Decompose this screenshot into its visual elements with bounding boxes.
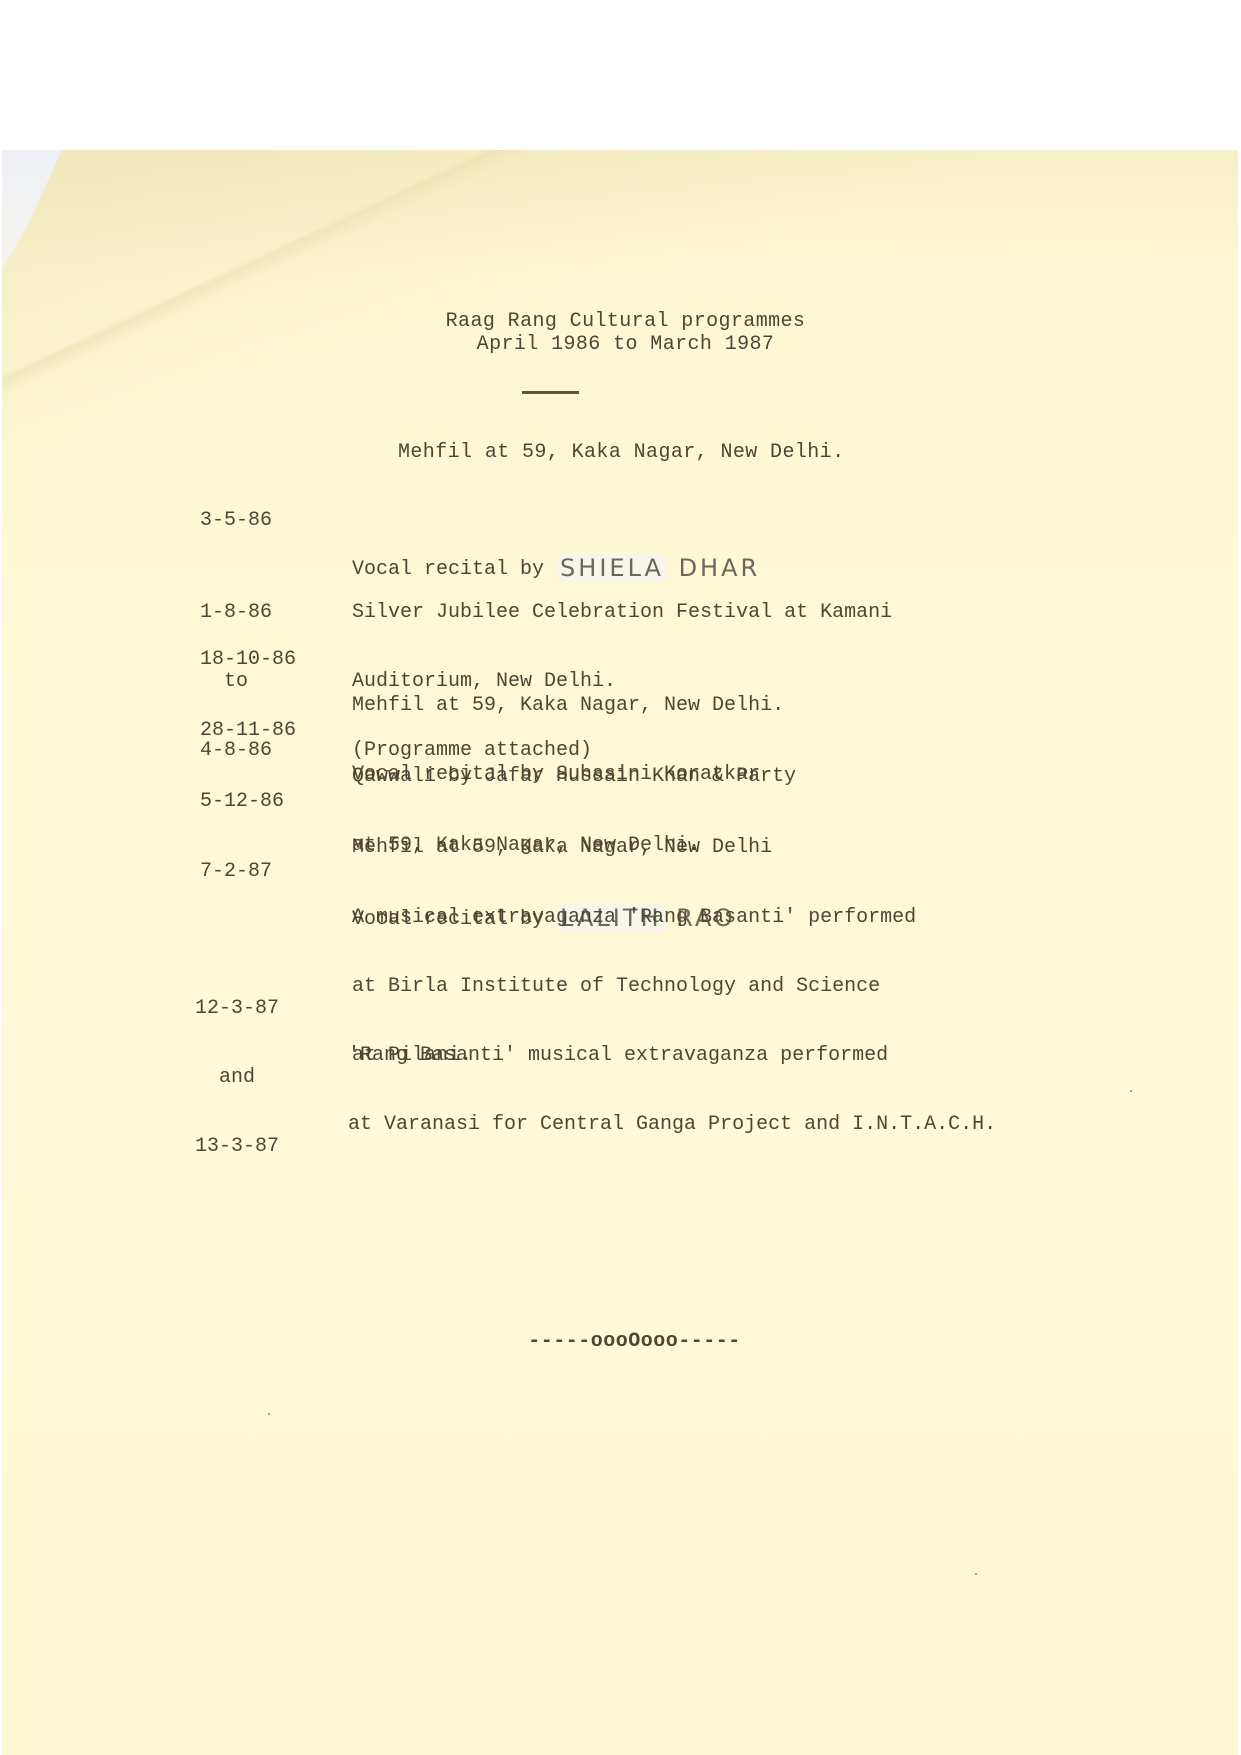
entry-date: 12-3-87 and 13-3-87	[195, 951, 279, 1204]
entry-date-line: and	[195, 1066, 279, 1089]
entry-desc-line: A musical extravaganza 'Rang Basanti' pe…	[352, 906, 916, 929]
entry-date-line: 13-3-87	[195, 1135, 279, 1158]
entry-date-line: 12-3-87	[195, 997, 279, 1020]
entry-desc-line: Silver Jubilee Celebration Festival at K…	[352, 601, 892, 624]
entry-date: 18-10-86	[200, 648, 296, 671]
entry-desc-line: Mehfil at 59, Kaka Nagar, New Delhi.	[352, 694, 784, 717]
entry-date-line: to	[200, 670, 272, 693]
entry-date: 5-12-86	[200, 790, 284, 813]
entry-date: 1-8-86 to 4-8-86	[200, 555, 272, 808]
paper-speck	[975, 1573, 977, 1575]
entry-date: 3-5-86	[200, 509, 272, 532]
entry-desc-line: at Birla Institute of Technology and Sci…	[352, 975, 916, 998]
entry-date: 7-2-87	[200, 860, 272, 883]
entry-date: 28-11-86	[200, 719, 296, 742]
title-underline-rule	[522, 391, 579, 394]
entry-desc-line: Mehfil at 59, Kaka Nagar, New Delhi	[352, 836, 772, 859]
entry-desc-line: Qawwali by Jafar Hussain Khan & Party	[352, 765, 796, 788]
entry-description: 'Rang Basanti' musical extravaganza perf…	[348, 998, 996, 1182]
entry-date-line: 1-8-86	[200, 601, 272, 624]
document-period: April 1986 to March 1987	[0, 333, 1241, 356]
venue-heading: Mehfil at 59, Kaka Nagar, New Delhi.	[398, 441, 844, 464]
end-ornament: -----oooOooo-----	[0, 1330, 1241, 1353]
paper-speck	[1130, 1090, 1132, 1092]
entry-desc-line: at Varanasi for Central Ganga Project an…	[348, 1113, 996, 1136]
paper-speck	[268, 1413, 270, 1415]
document-title: Raag Rang Cultural programmes	[0, 310, 1241, 333]
entry-date-line: 4-8-86	[200, 739, 272, 762]
entry-desc-line: 'Rang Basanti' musical extravaganza perf…	[348, 1044, 996, 1067]
